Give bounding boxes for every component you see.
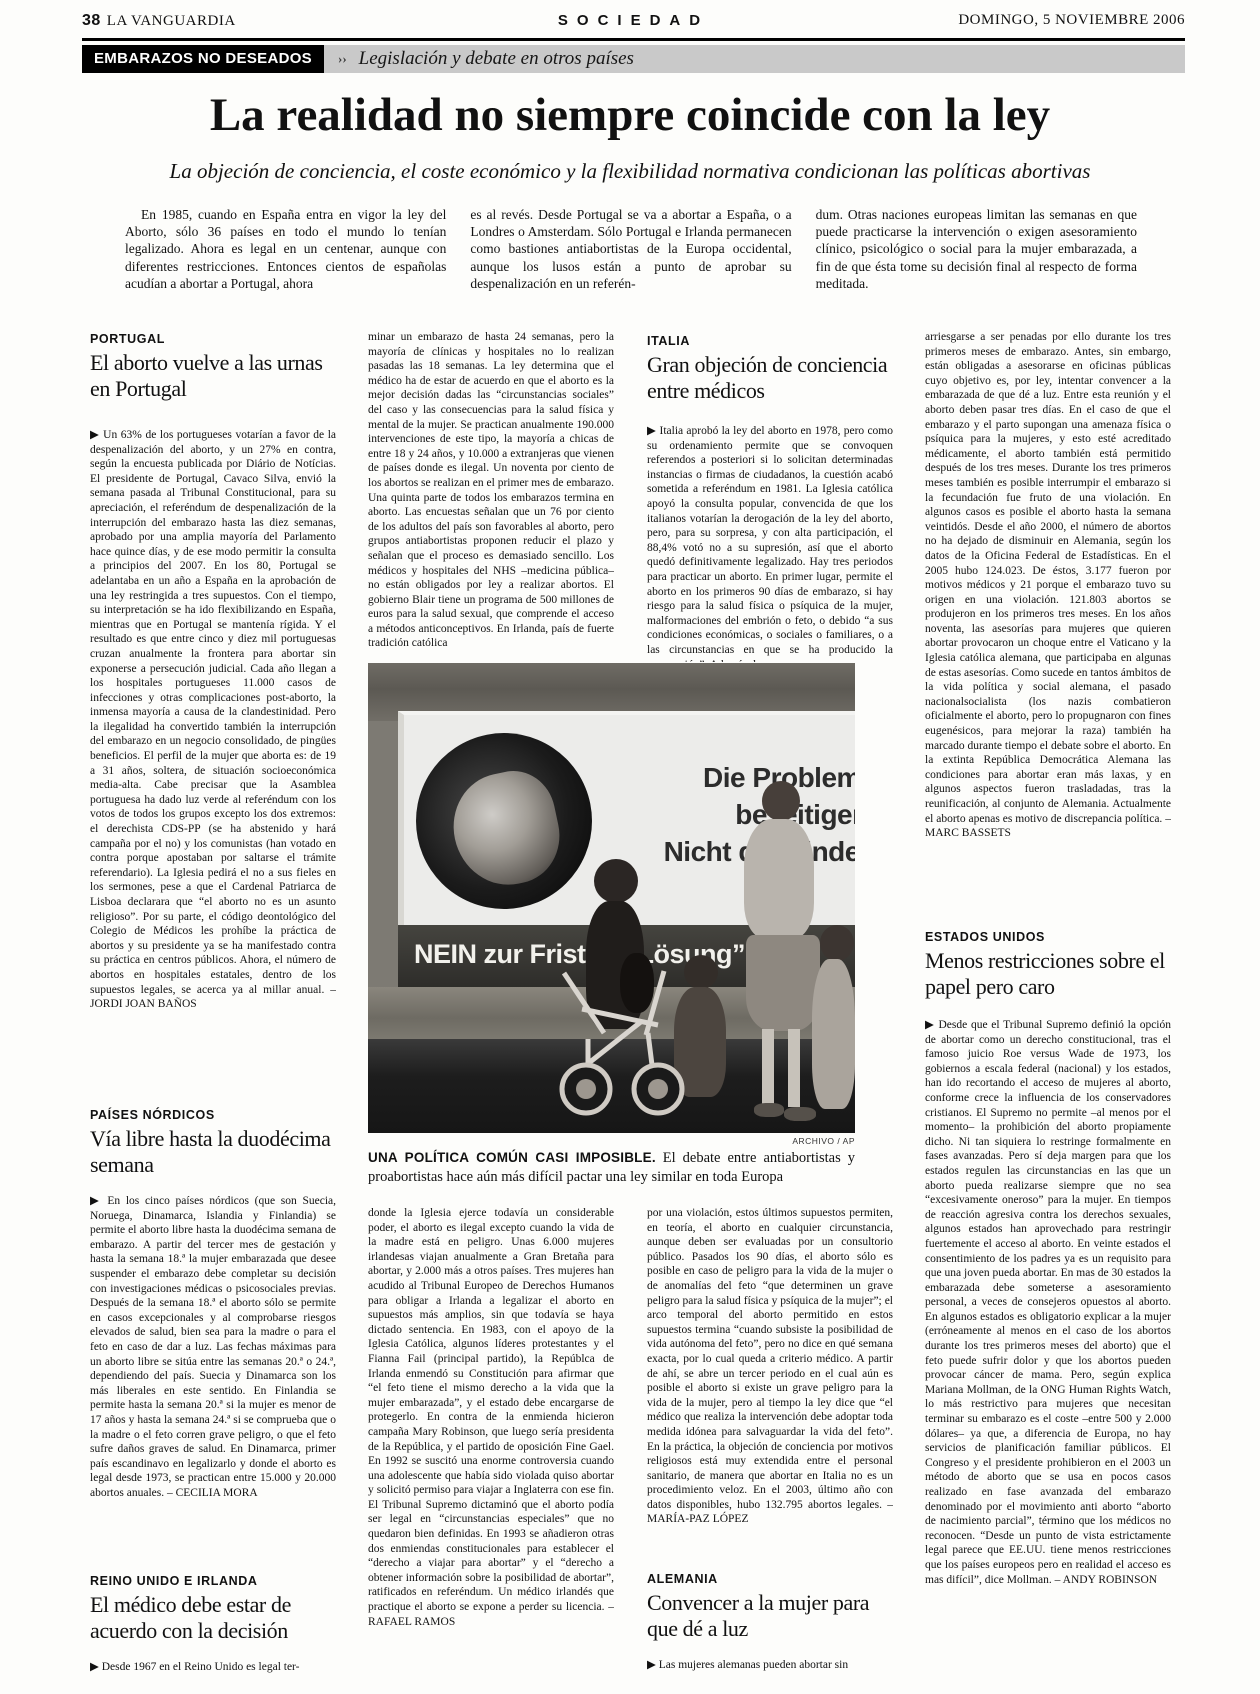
mother-skirt	[746, 935, 820, 1031]
newspaper-page: 38LA VANGUARDIA SOCIEDAD DOMINGO, 5 NOVI…	[0, 0, 1260, 1694]
kicker-nordicos: PAÍSES NÓRDICOS	[90, 1108, 336, 1122]
body-estados-unidos: ▶ Desde que el Tribunal Supremo definió …	[925, 1018, 1171, 1684]
photo-caption: UNA POLÍTICA COMÚN CASI IMPOSIBLE. El de…	[368, 1148, 855, 1187]
mother-head	[762, 781, 800, 821]
kicker-alemania: ALEMANIA	[647, 1572, 893, 1586]
fetus-shape	[443, 763, 568, 894]
mother-shoe-left	[754, 1103, 784, 1117]
news-photo: Julia, 12 Wochen Die Probleme beseitigen…	[368, 663, 855, 1133]
body-portugal: ▶ Un 63% de los portugueses votarían a f…	[90, 428, 336, 1076]
body-alemania-start: ▶ Las mujeres alemanas pueden abortar si…	[647, 1658, 893, 1688]
kicker-italia: ITALIA	[647, 334, 893, 348]
child2-body	[812, 959, 855, 1109]
banner-topic: Legislación y debate en otros países	[359, 45, 634, 73]
title-italia: Gran objeción de conciencia entre médico…	[647, 352, 893, 408]
caption-lead: UNA POLÍTICA COMÚN CASI IMPOSIBLE.	[368, 1150, 656, 1165]
girl-head	[594, 859, 638, 903]
body-italia-top: ▶ Italia aprobó la ley del aborto en 197…	[647, 424, 893, 662]
mother-torso	[744, 819, 814, 939]
masthead: 38LA VANGUARDIA SOCIEDAD DOMINGO, 5 NOVI…	[82, 10, 1185, 36]
lead-intro: En 1985, cuando en España entra en vigor…	[125, 206, 1137, 292]
body-alemania-col4: arriesgarse a ser penadas por ello duran…	[925, 330, 1171, 920]
billboard-slogan-line1: Die Probleme	[614, 759, 855, 796]
title-nordicos: Vía libre hasta la duodécima semana	[90, 1126, 336, 1182]
title-portugal: El aborto vuelve a las urnas en Portugal	[90, 350, 336, 406]
billboard-slogan: Die Probleme beseitigen. Nicht die Kinde…	[614, 759, 855, 870]
main-headline: La realidad no siempre coincide con la l…	[60, 86, 1200, 144]
photo-credit: ARCHIVO / AP	[368, 1136, 855, 1146]
mother-leg-right	[788, 1029, 800, 1107]
intro-column-2: es al revés. Desde Portugal se va a abor…	[470, 206, 791, 292]
double-chevron-icon: ››	[338, 45, 347, 73]
body-italia-bottom: por una violación, estos últimos supuest…	[647, 1206, 893, 1558]
billboard-slogan-line3: Nicht die Kinder.	[614, 833, 855, 870]
body-reino-unido-col2: minar un embarazo de hasta 24 semanas, p…	[368, 330, 614, 660]
title-reino-unido: El médico debe estar de acuerdo con la d…	[90, 1592, 336, 1648]
child2-head	[820, 925, 854, 961]
kicker-portugal: PORTUGAL	[90, 332, 336, 346]
body-nordicos: ▶ En los cinco países nórdicos (que son …	[90, 1194, 336, 1550]
body-reino-unido-col2-lower: donde la Iglesia ejerce todavía un consi…	[368, 1206, 614, 1676]
topic-banner: EMBARAZOS NO DESEADOS ›› Legislación y d…	[82, 45, 1185, 73]
body-reino-unido-start: ▶ Desde 1967 en el Reino Unido es legal …	[90, 1660, 336, 1690]
mother-leg-left	[762, 1029, 774, 1107]
stroller-icon	[546, 963, 706, 1123]
title-alemania: Convencer a la mujer para que dé a luz	[647, 1590, 893, 1646]
main-subheadline: La objeción de conciencia, el coste econ…	[60, 158, 1200, 184]
banner-kicker: EMBARAZOS NO DESEADOS	[82, 45, 324, 73]
intro-column-1: En 1985, cuando en España entra en vigor…	[125, 206, 446, 292]
mother-shoe-right	[784, 1107, 816, 1121]
fetus-image	[416, 733, 592, 909]
title-estados-unidos: Menos restricciones sobre el papel pero …	[925, 948, 1171, 1004]
kicker-estados-unidos: ESTADOS UNIDOS	[925, 930, 1171, 944]
intro-column-3: dum. Otras naciones europeas limitan las…	[816, 206, 1137, 292]
masthead-rule	[82, 38, 1185, 41]
kicker-reino-unido: REINO UNIDO E IRLANDA	[90, 1574, 336, 1588]
billboard-slogan-line2: beseitigen.	[614, 796, 855, 833]
edition-date: DOMINGO, 5 NOVIEMBRE 2006	[958, 12, 1185, 29]
